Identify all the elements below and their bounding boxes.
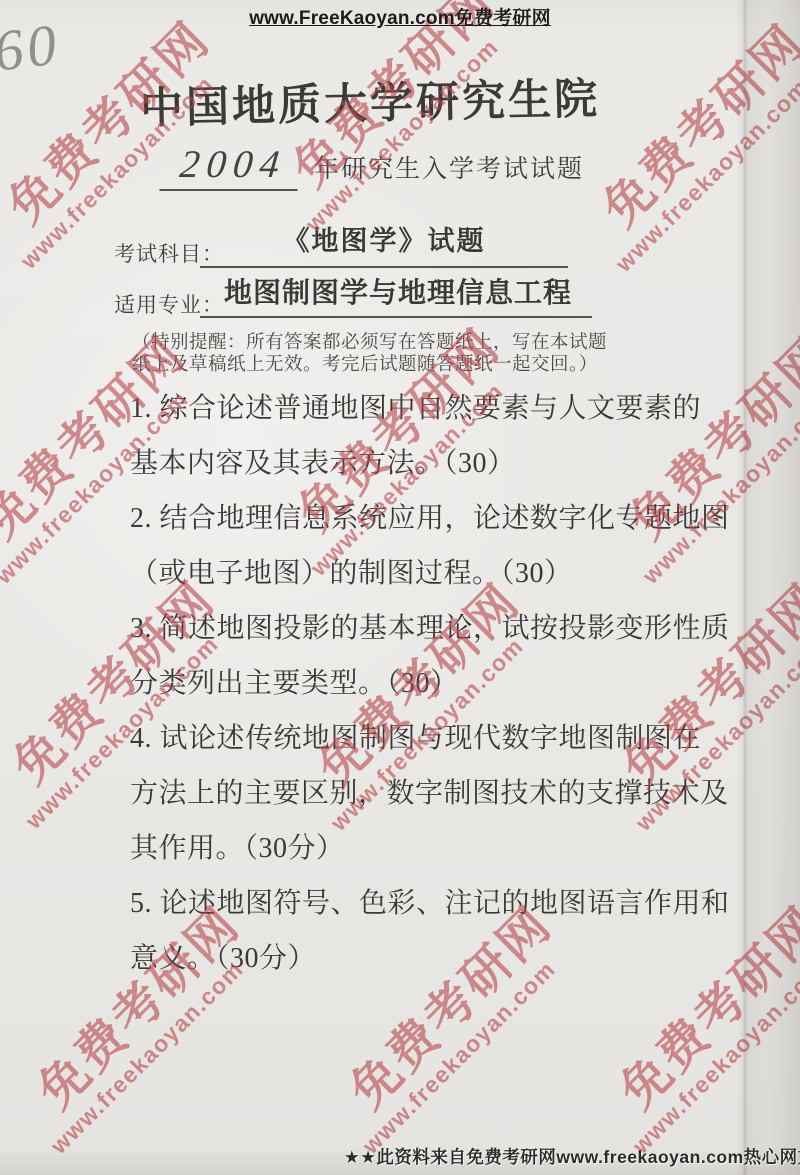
subject-field-value: 《地图学》试题 (200, 219, 568, 258)
question-line: 其作用。（30分） (130, 821, 745, 876)
question-2: 2. 结合地理信息系统应用，论述数字化专题地图（或电子地图）的制图过程。（30） (130, 491, 745, 601)
major-field-value: 地图制图学与地理信息工程 (204, 271, 592, 311)
question-line: 5. 论述地图符号、色彩、注记的地图语言作用和 (130, 876, 745, 931)
freekaoyan-bottom-banner: ★★此资料来自免费考研网www.freekaoyan.com热心网友提供★★ (344, 1144, 800, 1169)
question-1: 1. 综合论述普通地图中自然要素与人文要素的基本内容及其表示方法。（30） (130, 381, 745, 491)
question-list: 1. 综合论述普通地图中自然要素与人文要素的基本内容及其表示方法。（30）2. … (130, 381, 745, 986)
question-line: 方法上的主要区别，数字制图技术的支撑技术及 (130, 766, 745, 821)
question-5: 5. 论述地图符号、色彩、注记的地图语言作用和意义。（30分） (130, 876, 745, 986)
question-line: 1. 综合论述普通地图中自然要素与人文要素的 (130, 381, 745, 436)
question-line: （或电子地图）的制图过程。（30） (130, 546, 745, 601)
special-notice: （特别提醒：所有答案都必须写在答题纸上，写在本试题 纸上及草稿纸上无效。考完后试… (132, 333, 607, 376)
question-line: 4. 试论述传统地图制图与现代数字地图制图在 (130, 711, 745, 766)
question-4: 4. 试论述传统地图制图与现代数字地图制图在方法上的主要区别，数字制图技术的支撑… (130, 711, 745, 876)
question-line: 2. 结合地理信息系统应用，论述数字化专题地图 (130, 491, 745, 546)
exam-subtitle: 年研究生入学考试试题 (300, 149, 584, 191)
scanned-exam-page: www.FreeKaoyan.com免费考研网 60 中国地质大学研究生院 20… (0, 0, 800, 1175)
major-underline (200, 316, 592, 318)
notice-line-2: 纸上及草稿纸上无效。考完后试题随答题纸一起交回。） (132, 355, 607, 377)
question-line: 分类列出主要类型。（30） (130, 656, 745, 711)
exam-content: 60 中国地质大学研究生院 2004 年研究生入学考试试题 考试科目： 《地图学… (0, 0, 800, 1175)
subject-underline (200, 266, 568, 268)
question-line: 意义。（30分） (130, 931, 745, 986)
school-title: 中国地质大学研究生院 (99, 64, 640, 136)
freekaoyan-top-banner-link[interactable]: www.FreeKaoyan.com免费考研网 (0, 3, 800, 30)
handwritten-year: 2004 (159, 142, 302, 191)
exam-year-line: 2004 年研究生入学考试试题 (162, 142, 584, 191)
question-3: 3. 简述地图投影的基本理论，试按投影变形性质分类列出主要类型。（30） (130, 601, 745, 711)
question-line: 基本内容及其表示方法。（30） (130, 436, 745, 491)
question-line: 3. 简述地图投影的基本理论，试按投影变形性质 (130, 601, 745, 656)
notice-line-1: （特别提醒：所有答案都必须写在答题纸上，写在本试题 (132, 333, 607, 355)
